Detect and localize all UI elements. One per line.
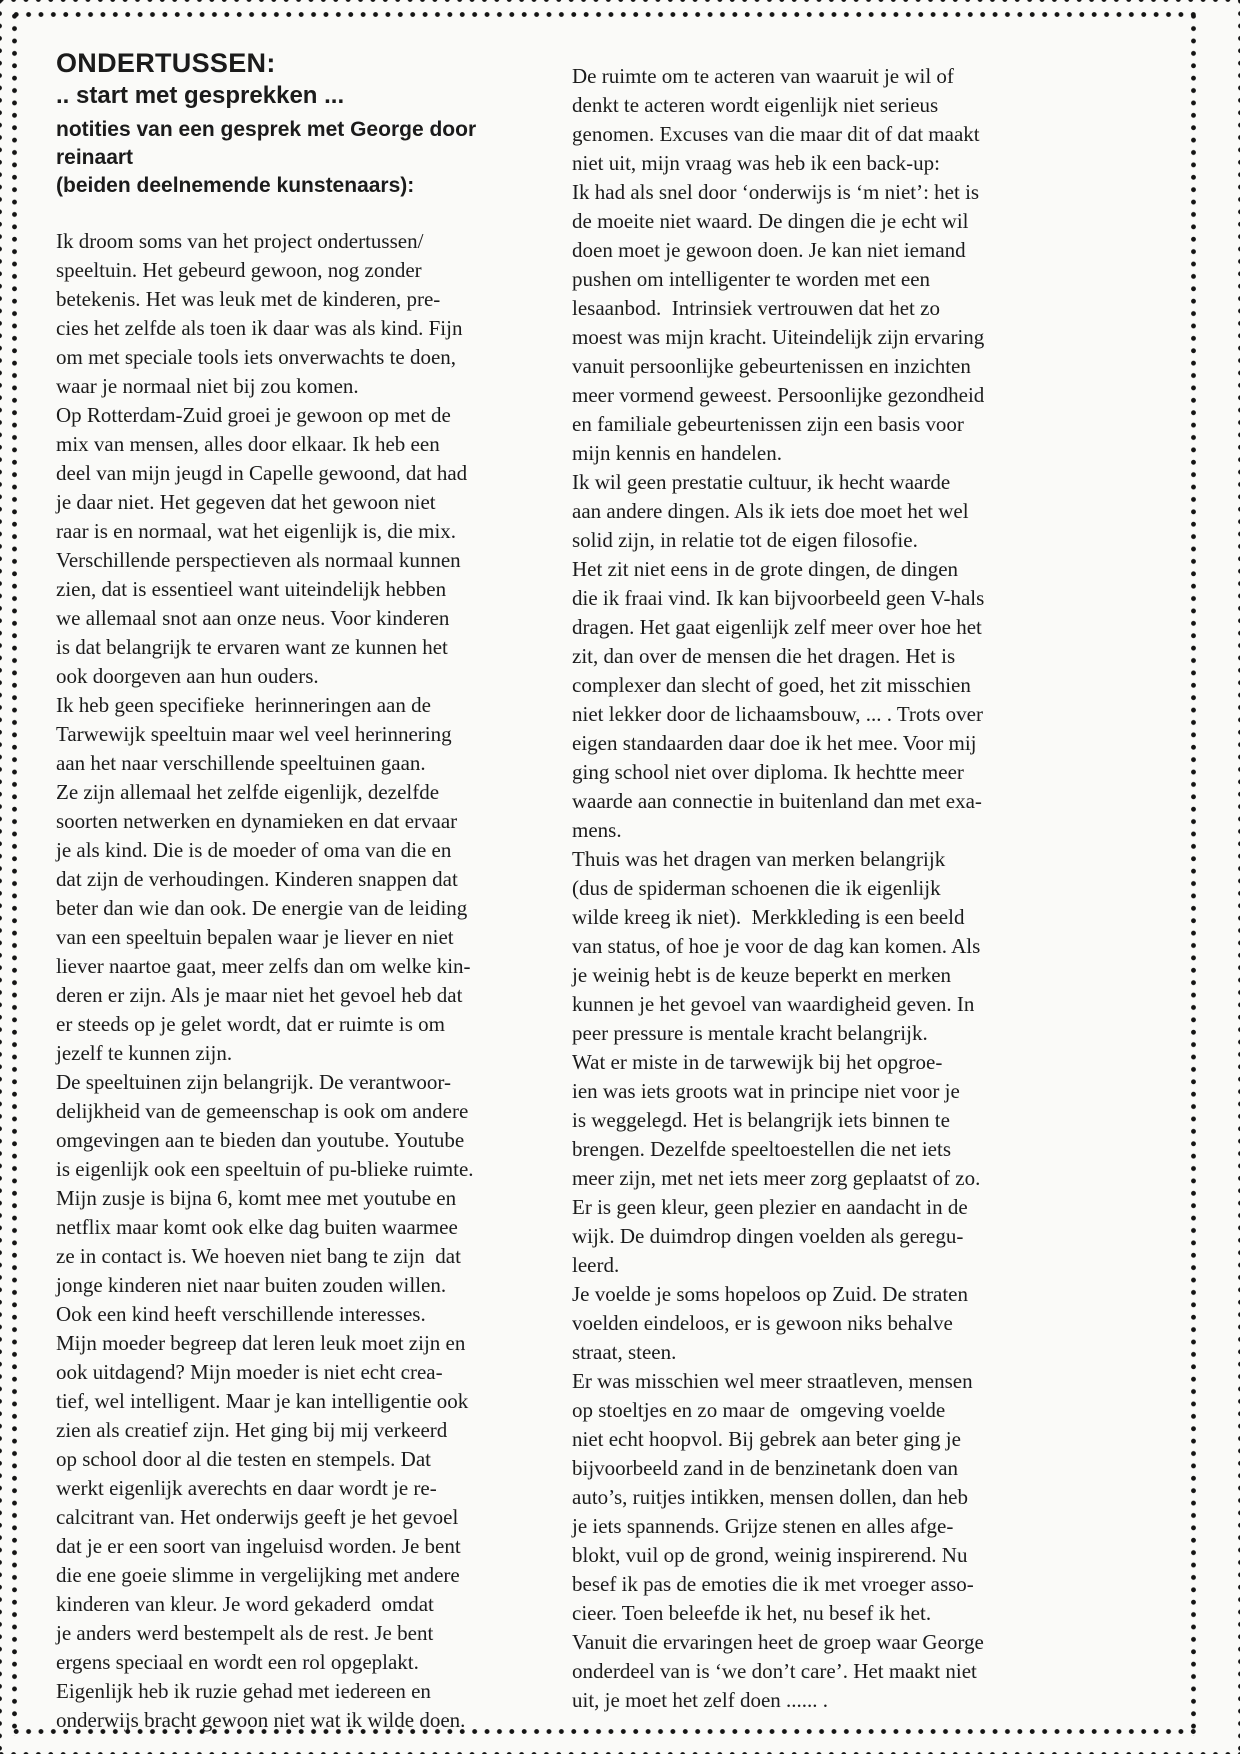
page-content: ONDERTUSSEN: .. start met gesprekken ...… (56, 46, 1066, 1735)
left-column: ONDERTUSSEN: .. start met gesprekken ...… (56, 46, 550, 1735)
left-column-text: Ik droom soms van het project ondertusse… (56, 227, 550, 1735)
right-column-text: De ruimte om te acteren van waaruit je w… (572, 62, 1066, 1715)
right-column: De ruimte om te acteren van waaruit je w… (572, 46, 1066, 1735)
document-page: { "page": { "background": "#fafaf8", "te… (0, 0, 1240, 1754)
page-title: ONDERTUSSEN: (56, 46, 550, 80)
page-subtitle: .. start met gesprekken ... (56, 80, 550, 112)
byline: notities van een gesprek met George door… (56, 116, 550, 200)
